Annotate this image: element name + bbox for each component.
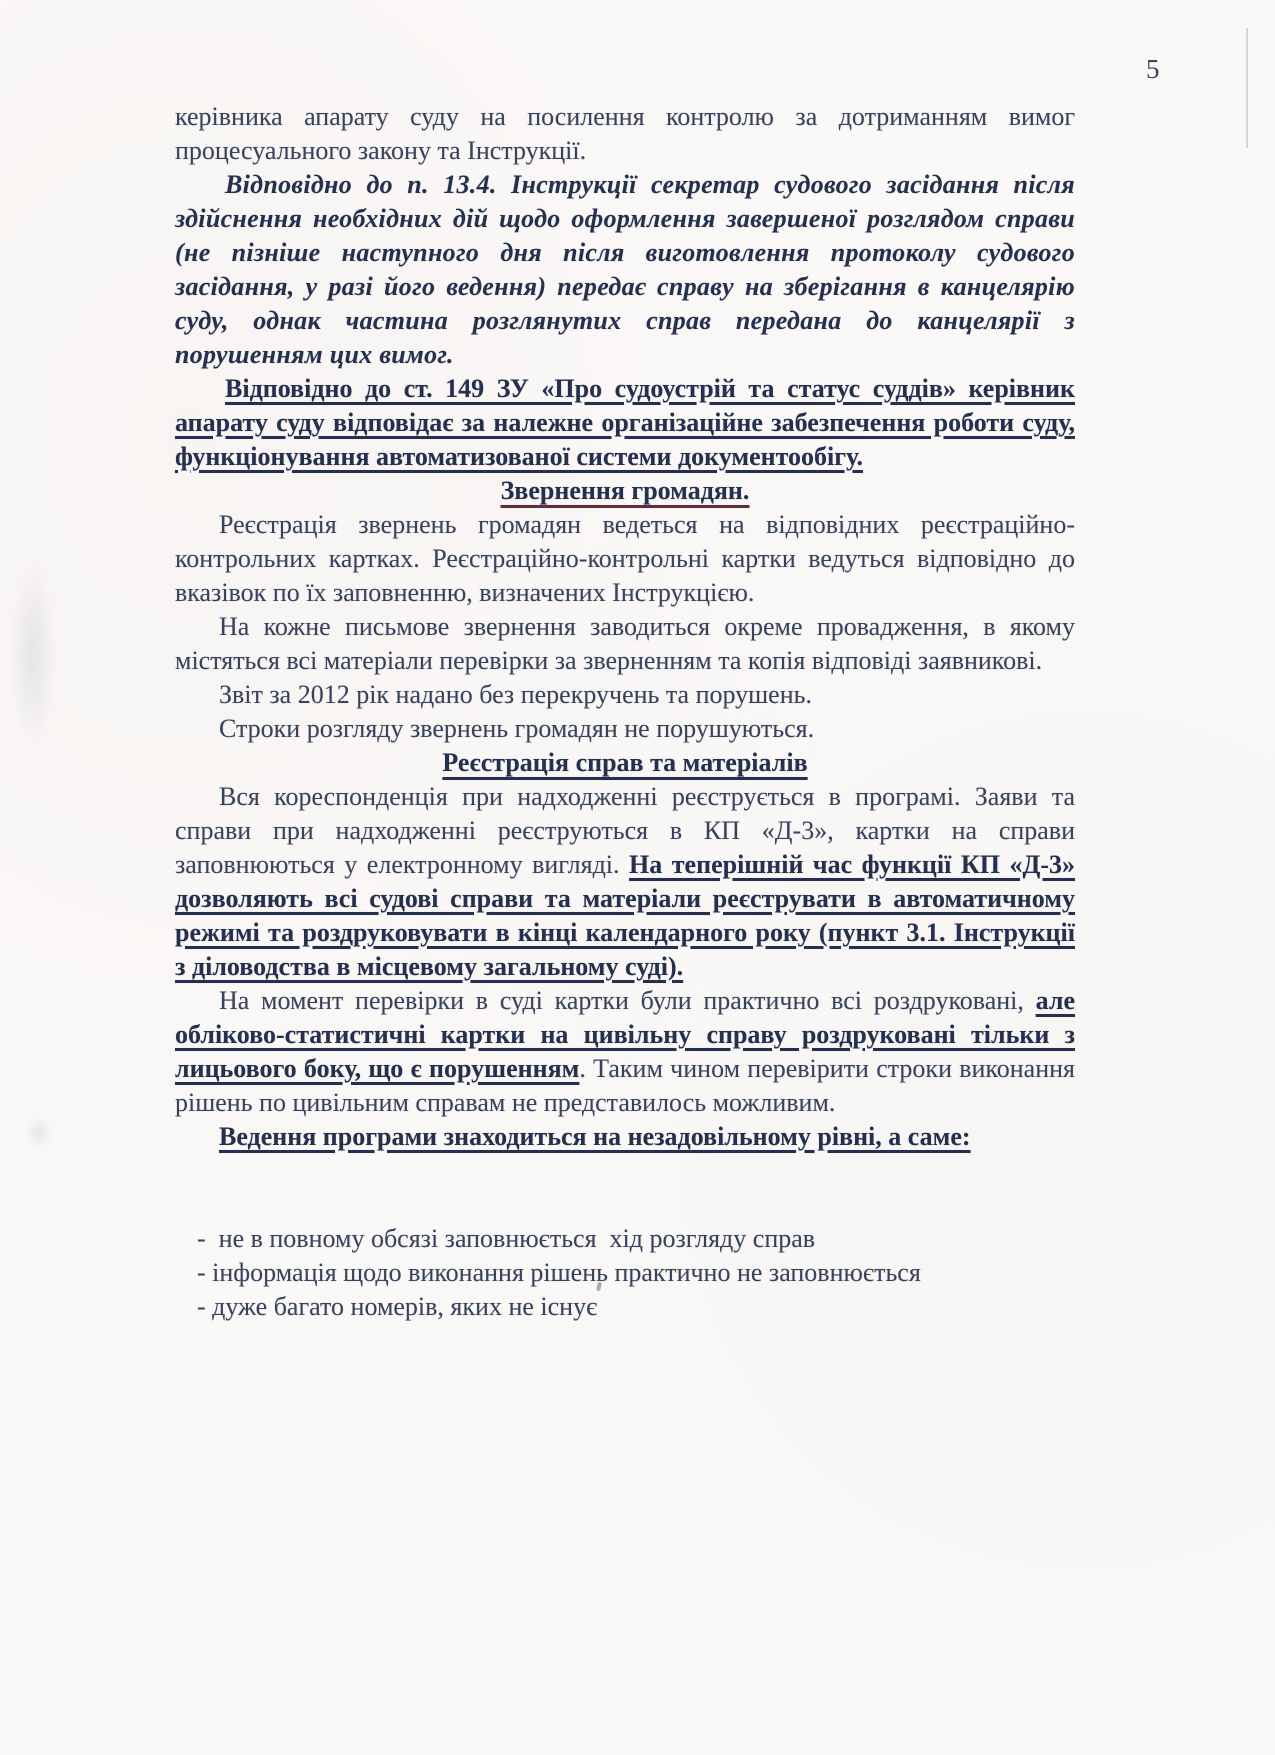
- para-report-2012: Звіт за 2012 рік надано без перекручень …: [175, 678, 1075, 712]
- para-control-requirements: керівника апарату суду на посилення конт…: [175, 100, 1075, 168]
- scan-smudge: [26, 1118, 52, 1148]
- heading-case-registration: Реєстрація справ та матеріалів: [175, 746, 1075, 780]
- page-number: 5: [1146, 52, 1160, 86]
- para-separate-proceeding: На кожне письмове звернення заводиться о…: [175, 610, 1075, 678]
- para-instruction-13-4: Відповідно до п. 13.4. Інструкції секрет…: [175, 168, 1075, 372]
- scan-smudge: [10, 555, 56, 755]
- para-law-149: Відповідно до ст. 149 ЗУ «Про судоустрій…: [175, 372, 1075, 474]
- document-text-block: керівника апарату суду на посилення конт…: [175, 100, 1075, 1324]
- scanned-document-page: 5 керівника апарату суду на посилення ко…: [0, 0, 1275, 1755]
- heading-case-registration-text: Реєстрація справ та матеріалів: [442, 748, 807, 777]
- run-printed-normal-1: На момент перевірки в суді картки були п…: [219, 986, 1036, 1015]
- list-item-case-progress: - не в повному обсязі заповнюється хід р…: [197, 1222, 1075, 1256]
- para-registration-cards: Реєстрація звернень громадян ведеться на…: [175, 508, 1075, 610]
- heading-citizens-appeals-text: Звернення громадян.: [501, 476, 750, 505]
- para-review-terms: Строки розгляду звернень громадян не пор…: [175, 712, 1075, 746]
- para-program-level: Ведення програми знаходиться на незадові…: [175, 1120, 1075, 1154]
- list-item-execution-info: - інформація щодо виконання рішень практ…: [197, 1256, 1075, 1290]
- scan-edge-artifact: [1246, 28, 1248, 148]
- list-item-nonexistent-numbers: - дуже багато номерів, яких не існує: [197, 1290, 1075, 1324]
- heading-citizens-appeals: Звернення громадян.: [175, 474, 1075, 508]
- violations-list: - не в повному обсязі заповнюється хід р…: [175, 1222, 1075, 1324]
- para-correspondence: Вся кореспонденція при надходженні реєст…: [175, 780, 1075, 984]
- para-printed-cards: На момент перевірки в суді картки були п…: [175, 984, 1075, 1120]
